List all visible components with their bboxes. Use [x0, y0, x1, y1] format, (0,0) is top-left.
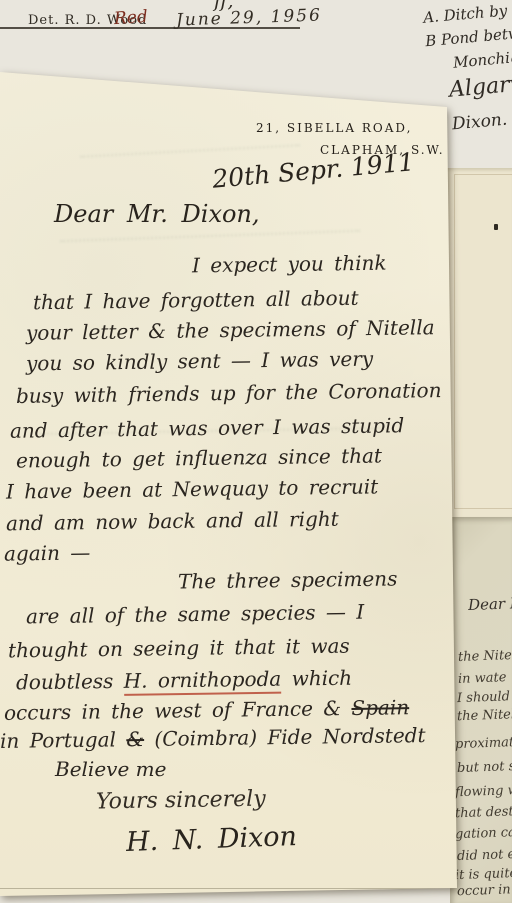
letter-line-species: doubtless H. ornithopoda which: [16, 666, 352, 695]
letter-line: enough to get influenza since that: [16, 443, 382, 472]
letter-line: that I have forgotten all about: [33, 286, 359, 315]
species-line-pre: doubtless: [16, 669, 124, 695]
letter-line: I expect you think: [192, 251, 387, 278]
letter-line: I have been at Newquay to recruit: [6, 474, 379, 503]
letter-closing: Believe me: [55, 757, 166, 781]
show-through-mark: [80, 144, 300, 158]
letter-valediction: Yours sincerely: [96, 787, 266, 815]
letter-line: your letter & the specimens of Nitella: [26, 315, 435, 345]
letter-line-portugal: in Portugal & (Coimbra) Fide Nordstedt: [0, 723, 426, 753]
letter-line: and am now back and all right: [6, 507, 339, 536]
letter-line: The three specimens: [178, 566, 398, 593]
letter-line-range: occurs in the west of France & Spain: [4, 695, 409, 725]
letter-date: 20th Sepr. 1911: [211, 147, 415, 194]
letter-line: you so kindly sent — I was very: [26, 347, 373, 376]
letter-line: busy with friends up for the Coronation: [16, 378, 442, 408]
letter-signature: H. N. Dixon: [126, 821, 298, 858]
letterhead-address-line1: 21, SIBELLA ROAD,: [256, 121, 412, 135]
portugal-line-pre: in Portugal: [0, 727, 126, 753]
species-name-underlined: H. ornithopoda: [124, 667, 282, 696]
letter-scan-page: ff, Det. R. D. Wood Red June 29, 1956 A.…: [0, 0, 512, 903]
range-line-pre: occurs in the west of France &: [4, 696, 352, 725]
letter-line: again —: [4, 540, 91, 565]
main-letter-sheet-wrap: 21, SIBELLA ROAD, CLAPHAM, S.W. 20th Sep…: [0, 0, 512, 903]
struck-token: &: [126, 727, 144, 751]
letter-line: thought on seeing it that it was: [8, 634, 350, 663]
portugal-line-post: (Coimbra) Fide Nordstedt: [144, 723, 426, 751]
species-line-post: which: [281, 666, 352, 691]
letter-salutation: Dear Mr. Dixon,: [54, 200, 260, 228]
letter-line: and after that was over I was stupid: [10, 413, 404, 443]
letter-bottom-edge: [0, 888, 460, 889]
show-through-mark: [60, 230, 360, 242]
main-letter-sheet: 21, SIBELLA ROAD, CLAPHAM, S.W. 20th Sep…: [0, 0, 512, 903]
letter-line: are all of the same species — I: [26, 600, 365, 629]
struck-word-spain: Spain: [351, 695, 409, 720]
